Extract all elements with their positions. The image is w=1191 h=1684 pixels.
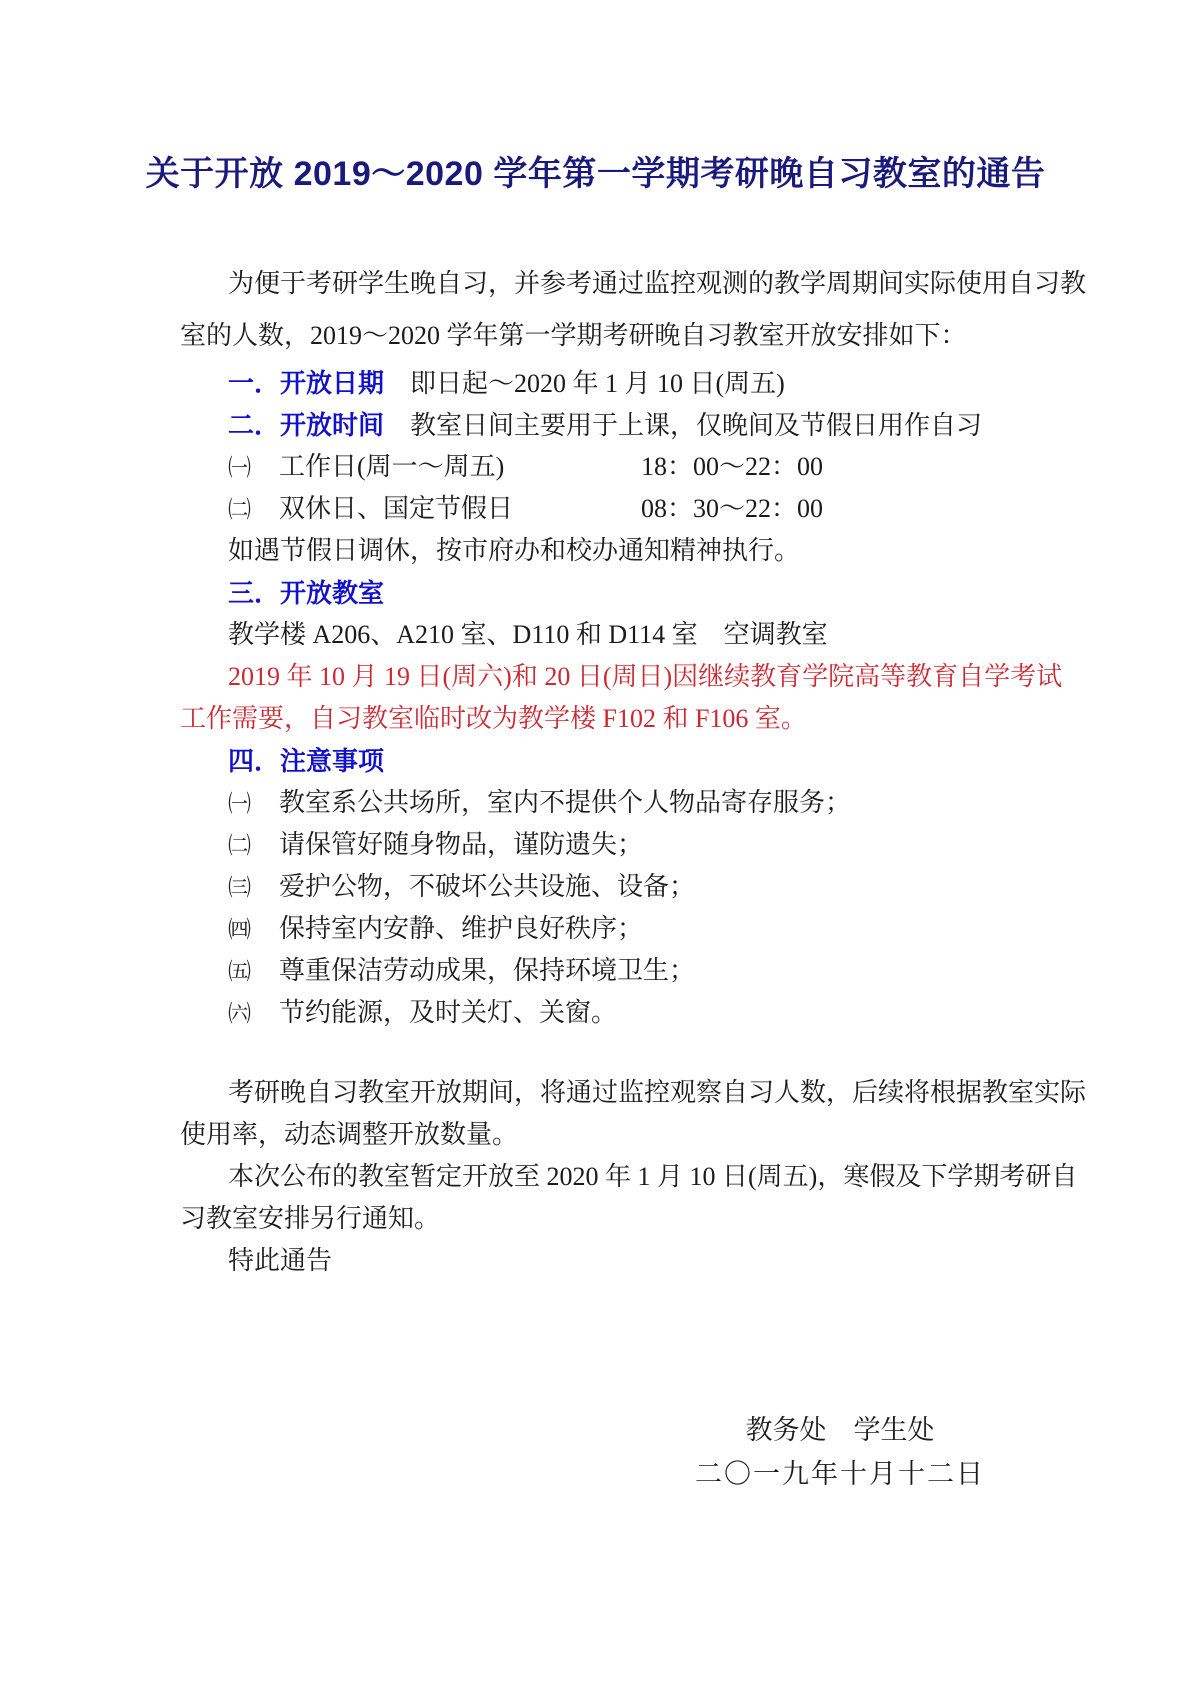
intro-line-2: 室的人数，2019～2020 学年第一学期考研晚自习教室开放安排如下： — [180, 310, 1030, 362]
section-open-date: 一．开放日期即日起～2020 年 1 月 10 日(周五) — [180, 362, 1030, 404]
intro-line-1: 为便于考研学生晚自习，并参考通过监控观测的教学周期间实际使用自习教 — [180, 258, 1030, 310]
document-body: 为便于考研学生晚自习，并参考通过监控观测的教学周期间实际使用自习教 室的人数，2… — [180, 258, 1030, 1282]
note-text-6: 节约能源，及时关灯、关窗。 — [279, 998, 617, 1027]
rooms-list: 教学楼 A206、A210 室、D110 和 D114 室 空调教室 — [180, 614, 1030, 656]
schedule-time-weekend: 08：30～22：00 — [641, 494, 823, 523]
section-notes: 四．注意事项 — [180, 740, 1030, 782]
signature-departments: 教务处 学生处 — [640, 1408, 1040, 1452]
note-text-3: 爱护公物，不破坏公共设施、设备； — [279, 872, 695, 901]
note-item-2: ㈡请保管好随身物品，谨防遗失； — [180, 824, 1030, 866]
paragraph-gap — [180, 1034, 1030, 1072]
schedule-label-weekend: 双休日、国定节假日 — [279, 488, 641, 530]
hereby-notice: 特此通告 — [180, 1240, 1030, 1282]
note-text-1: 教室系公共场所，室内不提供个人物品寄存服务； — [279, 788, 851, 817]
note-item-5: ㈤尊重保洁劳动成果，保持环境卫生； — [180, 950, 1030, 992]
section-open-date-text: 即日起～2020 年 1 月 10 日(周五) — [410, 369, 785, 398]
list-marker-six: ㈥ — [228, 993, 279, 1035]
schedule-label-weekday: 工作日(周一～周五) — [279, 446, 641, 488]
note-item-1: ㈠教室系公共场所，室内不提供个人物品寄存服务； — [180, 782, 1030, 824]
closing-para2-line1: 本次公布的教室暂定开放至 2020 年 1 月 10 日(周五)，寒假及下学期考… — [180, 1156, 1030, 1198]
schedule-row-weekend: ㈡双休日、国定节假日08：30～22：00 — [180, 488, 1030, 530]
list-marker-one: ㈠ — [228, 447, 279, 489]
list-marker-four: ㈣ — [228, 909, 279, 951]
note-item-4: ㈣保持室内安静、维护良好秩序； — [180, 908, 1030, 950]
exam-notice-line-2: 工作需要，自习教室临时改为教学楼 F102 和 F106 室。 — [180, 698, 1030, 740]
schedule-time-weekday: 18：00～22：00 — [641, 452, 823, 481]
note-item-6: ㈥节约能源，及时关灯、关窗。 — [180, 992, 1030, 1034]
holiday-note: 如遇节假日调休，按市府办和校办通知精神执行。 — [180, 530, 1030, 572]
section-open-rooms-heading: 三．开放教室 — [228, 578, 384, 608]
closing-para2-line2: 习教室安排另行通知。 — [180, 1198, 1030, 1240]
section-notes-heading: 四．注意事项 — [228, 746, 384, 776]
closing-para1-line1: 考研晚自习教室开放期间，将通过监控观察自习人数，后续将根据教室实际 — [180, 1072, 1030, 1114]
page-title: 关于开放 2019～2020 学年第一学期考研晚自习教室的通告 — [0, 146, 1191, 195]
list-marker-two: ㈡ — [228, 825, 279, 867]
signature-block: 教务处 学生处 二〇一九年十月十二日 — [640, 1408, 1040, 1496]
exam-notice-line-1: 2019 年 10 月 19 日(周六)和 20 日(周日)因继续教育学院高等教… — [180, 656, 1030, 698]
schedule-row-weekday: ㈠工作日(周一～周五)18：00～22：00 — [180, 446, 1030, 488]
note-item-3: ㈢爱护公物，不破坏公共设施、设备； — [180, 866, 1030, 908]
list-marker-five: ㈤ — [228, 951, 279, 993]
note-text-2: 请保管好随身物品，谨防遗失； — [279, 830, 643, 859]
list-marker-two: ㈡ — [228, 489, 279, 531]
section-open-date-heading: 一．开放日期 — [228, 368, 384, 398]
note-text-4: 保持室内安静、维护良好秩序； — [279, 914, 643, 943]
document-page: 关于开放 2019～2020 学年第一学期考研晚自习教室的通告 为便于考研学生晚… — [0, 0, 1191, 1684]
section-open-time-text: 教室日间主要用于上课，仅晚间及节假日用作自习 — [410, 411, 982, 440]
section-open-rooms: 三．开放教室 — [180, 572, 1030, 614]
signature-date: 二〇一九年十月十二日 — [640, 1452, 1040, 1496]
section-open-time-heading: 二．开放时间 — [228, 410, 384, 440]
section-open-time: 二．开放时间教室日间主要用于上课，仅晚间及节假日用作自习 — [180, 404, 1030, 446]
closing-para1-line2: 使用率，动态调整开放数量。 — [180, 1114, 1030, 1156]
list-marker-three: ㈢ — [228, 867, 279, 909]
note-text-5: 尊重保洁劳动成果，保持环境卫生； — [279, 956, 695, 985]
list-marker-one: ㈠ — [228, 783, 279, 825]
